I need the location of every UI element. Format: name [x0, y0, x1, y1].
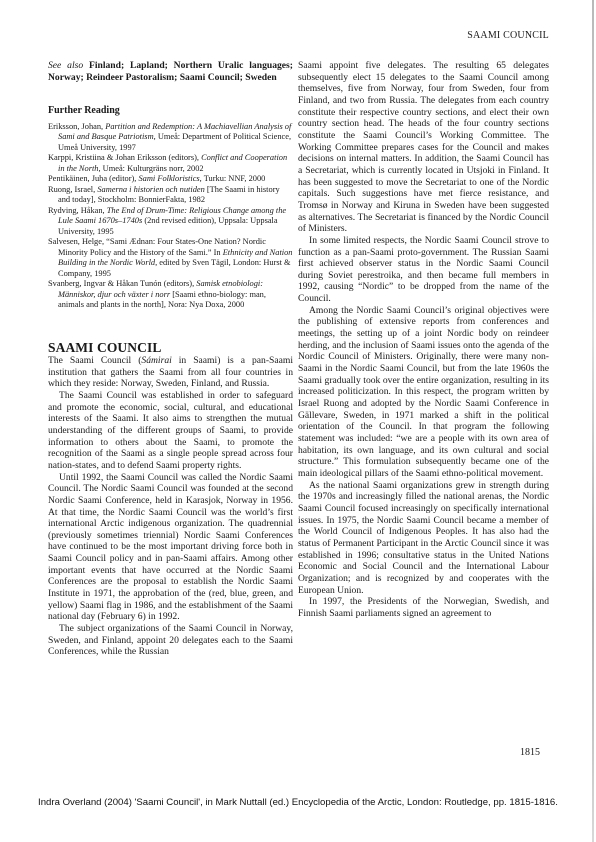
- article-title: SAAMI COUNCIL: [48, 341, 293, 355]
- ref-author: Pentikäinen, Juha (editor),: [48, 174, 138, 183]
- see-also: See also Finland; Lapland; Northern Ural…: [48, 60, 293, 83]
- intro-text: The Saami Council (: [48, 355, 141, 366]
- reference-item: Karppi, Kristiina & Johan Eriksson (edit…: [48, 153, 293, 174]
- paragraph: Saami appoint five delegates. The result…: [298, 60, 549, 235]
- saami-term: Sámirai: [141, 355, 171, 366]
- article-intro: The Saami Council (Sámirai in Saami) is …: [48, 355, 293, 390]
- paragraph: The subject organizations of the Saami C…: [48, 623, 293, 658]
- see-also-links: Finland; Lapland; Northern Uralic langua…: [48, 60, 293, 83]
- paragraph: In some limited respects, the Nordic Saa…: [298, 235, 549, 305]
- paragraph: As the national Saami organizations grew…: [298, 480, 549, 597]
- reference-item: Rydving, Håkan, The End of Drum-Time: Re…: [48, 206, 293, 238]
- paragraph: In 1997, the Presidents of the Norwegian…: [298, 596, 549, 619]
- reference-item: Eriksson, Johan, Partition and Redemptio…: [48, 122, 293, 154]
- paragraph: Among the Nordic Saami Council’s origina…: [298, 305, 549, 480]
- reference-item: Salvesen, Helge, “Sami Ædnan: Four State…: [48, 237, 293, 279]
- paragraph: Until 1992, the Saami Council was called…: [48, 472, 293, 624]
- scan-edge: [592, 0, 594, 842]
- paragraph: The Saami Council was established in ord…: [48, 390, 293, 472]
- reference-item: Pentikäinen, Juha (editor), Sami Folklor…: [48, 174, 293, 185]
- ref-publisher: , Turku: NNF, 2000: [200, 174, 266, 183]
- ref-title: Samerna i historien och nutiden: [97, 185, 204, 194]
- ref-publisher: , Umeå: Kulturgräns norr, 2002: [98, 164, 203, 173]
- right-column: Saami appoint five delegates. The result…: [298, 60, 549, 620]
- ref-author: Karppi, Kristiina & Johan Eriksson (edit…: [48, 153, 201, 162]
- citation-footer: Indra Overland (2004) 'Saami Council', i…: [0, 797, 596, 808]
- reference-item: Svanberg, Ingvar & Håkan Tunón (editors)…: [48, 279, 293, 311]
- reference-list: Eriksson, Johan, Partition and Redemptio…: [48, 122, 293, 311]
- running-head: SAAMI COUNCIL: [467, 30, 549, 41]
- ref-author: Eriksson, Johan,: [48, 122, 105, 131]
- ref-author: Rydving, Håkan,: [48, 206, 107, 215]
- page-number: 1815: [520, 747, 540, 758]
- reference-item: Ruong, Israel, Samerna i historien och n…: [48, 185, 293, 206]
- ref-author: Ruong, Israel,: [48, 185, 97, 194]
- further-reading-heading: Further Reading: [48, 105, 293, 117]
- ref-title: Sami Folkloristics: [138, 174, 199, 183]
- ref-author: Svanberg, Ingvar & Håkan Tunón (editors)…: [48, 279, 196, 288]
- see-also-prefix: See also: [48, 60, 83, 71]
- left-column: See also Finland; Lapland; Northern Ural…: [48, 60, 293, 658]
